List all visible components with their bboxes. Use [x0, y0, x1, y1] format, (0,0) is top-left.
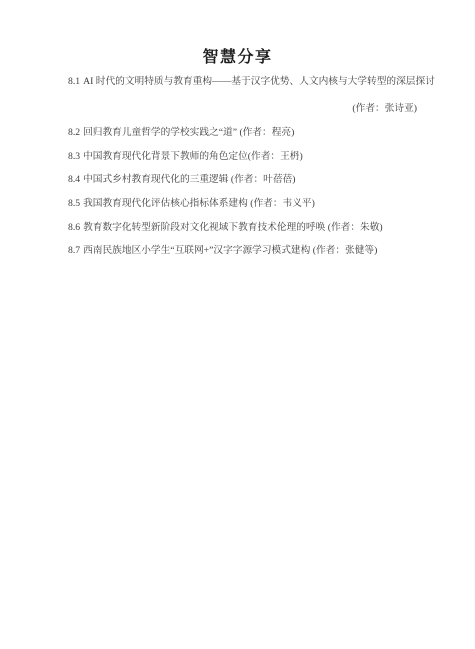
article-author: (作者：程亮) [237, 127, 294, 138]
article-number: 8.4 [68, 174, 80, 185]
article-item: 8.3中国教育现代化背景下教师的角色定位(作者：王枬) [68, 151, 417, 162]
article-list: 8.1AI 时代的文明特质与教育重构——基于汉字优势、人文内核与大学转型的深层探… [68, 76, 417, 269]
article-title: 中国式乡村教育现代化的三重逻辑 [83, 174, 228, 185]
article-title: AI 时代的文明特质与教育重构——基于汉字优势、人文内核与大学转型的深层探讨 [83, 76, 435, 87]
article-item: 8.4中国式乡村教育现代化的三重逻辑 (作者：叶蓓蓓) [68, 174, 417, 185]
article-number: 8.7 [68, 245, 80, 256]
article-number: 8.2 [68, 127, 80, 138]
article-author: (作者：叶蓓蓓) [228, 174, 295, 185]
article-title: 中国教育现代化背景下教师的角色定位 [83, 151, 248, 162]
article-number: 8.1 [68, 76, 80, 87]
article-number: 8.6 [68, 222, 80, 233]
page-title: 智慧分享 [0, 44, 475, 67]
article-title: 我国教育现代化评估核心指标体系建构 [83, 198, 248, 209]
article-item: 8.1AI 时代的文明特质与教育重构——基于汉字优势、人文内核与大学转型的深层探… [68, 76, 417, 87]
article-item: 8.6教育数字化转型新阶段对文化视域下教育技术伦理的呼唤 (作者：朱敬) [68, 222, 417, 233]
article-number: 8.3 [68, 151, 80, 162]
article-item: 8.7西南民族地区小学生“互联网+”汉字字源学习模式建构 (作者：张健等) [68, 245, 417, 256]
article-author-line: (作者：张诗亚) [68, 103, 417, 114]
article-author: (作者：朱敬) [325, 222, 382, 233]
article-title: 教育数字化转型新阶段对文化视域下教育技术伦理的呼唤 [83, 222, 325, 233]
article-number: 8.5 [68, 198, 80, 209]
article-item: 8.5我国教育现代化评估核心指标体系建构 (作者：韦义平) [68, 198, 417, 209]
article-author: (作者：王枬) [248, 151, 303, 162]
article-author: (作者：韦义平) [248, 198, 315, 209]
document-page: 智慧分享 8.1AI 时代的文明特质与教育重构——基于汉字优势、人文内核与大学转… [0, 0, 475, 649]
article-author: (作者：张健等) [310, 245, 377, 256]
article-title: 西南民族地区小学生“互联网+”汉字字源学习模式建构 [83, 245, 310, 256]
article-item: 8.2回归教育儿童哲学的学校实践之“道” (作者：程亮) [68, 127, 417, 138]
article-title: 回归教育儿童哲学的学校实践之“道” [83, 127, 237, 138]
